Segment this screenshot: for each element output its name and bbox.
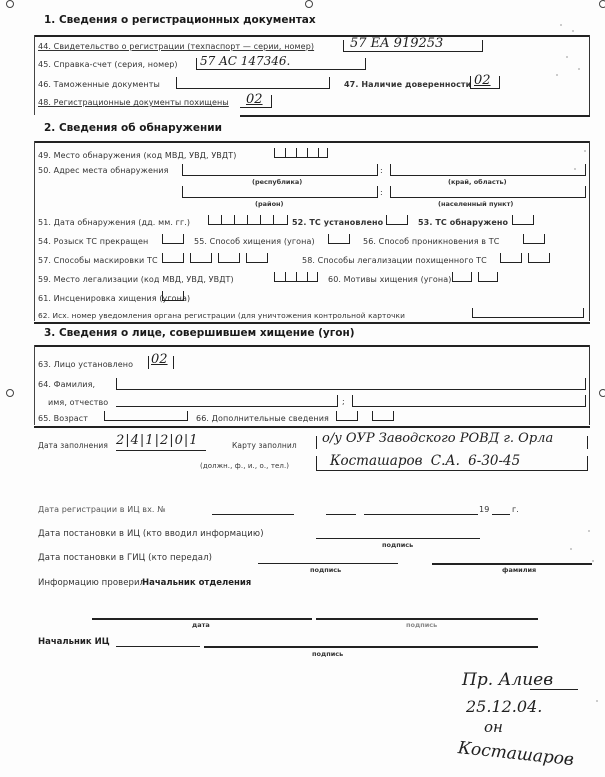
field-56-box[interactable]: [523, 234, 545, 244]
field-61-box[interactable]: [162, 291, 184, 301]
filled-by-box[interactable]: [316, 436, 588, 449]
underline: [116, 450, 206, 451]
field-49-label: 49. Место обнаружения (код МВД, УВД, УВД…: [38, 151, 236, 160]
check-signature-line[interactable]: [316, 618, 538, 620]
reg-day-line[interactable]: [326, 514, 356, 515]
field-44-value: 57 EA 919253: [350, 36, 443, 51]
resize-handle-top-center[interactable]: [305, 0, 313, 8]
field-57-box-3[interactable]: [218, 253, 240, 263]
resize-handle-top-left[interactable]: [6, 0, 14, 8]
field-57-label: 57. Способы маскировки ТС: [38, 256, 158, 265]
ic-caption: подпись: [382, 541, 413, 549]
section-1-title: 1. Сведения о регистрационных документах: [44, 14, 316, 26]
field-59-label: 59. Место легализации (код МВД, УВД, УВД…: [38, 275, 234, 284]
field-66-box-2[interactable]: [372, 411, 394, 421]
ic-signature-line[interactable]: [316, 538, 480, 539]
field-59-cells[interactable]: [274, 272, 318, 282]
annotation-line-3: он: [484, 718, 503, 736]
gic-caption-1: подпись: [310, 566, 341, 574]
reg-number-line[interactable]: [212, 514, 294, 515]
checked-label: Информацию проверил: [38, 578, 145, 588]
check-date-line[interactable]: [92, 618, 312, 620]
field-45-label: 45. Справка-счет (серия, номер): [38, 60, 178, 69]
field-63-value: 02: [151, 352, 168, 367]
field-57-box-1[interactable]: [162, 253, 184, 263]
field-53-box[interactable]: [512, 215, 534, 225]
field-65-box[interactable]: [104, 411, 188, 421]
field-50-republic[interactable]: [182, 164, 378, 176]
scanned-form-page: 1. Сведения о регистрационных документах…: [0, 0, 605, 777]
reg-year-prefix: 19: [479, 505, 489, 514]
field-55-box[interactable]: [328, 234, 350, 244]
annotation-underline: [530, 689, 578, 690]
field-60-label: 60. Мотивы хищения (угона): [328, 275, 451, 284]
filled-by-label: Карту заполнил: [232, 441, 297, 450]
field-50-district[interactable]: [182, 186, 378, 198]
reg-year-line[interactable]: [492, 514, 510, 515]
field-60-box-1[interactable]: [452, 272, 472, 282]
field-62-box[interactable]: [472, 308, 584, 318]
field-65-label: 65. Возраст: [38, 414, 88, 423]
divider: [34, 426, 590, 428]
section-3-title: 3. Сведения о лице, совершившем хищение …: [44, 327, 355, 339]
field-60-box-2[interactable]: [478, 272, 498, 282]
separator: :: [380, 166, 383, 175]
field-66-box-1[interactable]: [336, 411, 358, 421]
section-2-title: 2. Сведения об обнаружении: [44, 122, 222, 134]
field-54-label: 54. Розыск ТС прекращен: [38, 237, 148, 246]
filled-by-sub-label: (должн., ф., и., о., тел.): [200, 462, 289, 470]
divider: [34, 322, 590, 324]
fill-date-label: Дата заполнения: [38, 441, 108, 450]
gic-surname-line[interactable]: [432, 563, 592, 565]
field-54-box[interactable]: [162, 234, 184, 244]
gic-signature-line[interactable]: [258, 563, 398, 564]
sign-caption: подпись: [406, 621, 437, 629]
annotation-line-4: Косташаров: [457, 738, 575, 770]
annotation-line-2: 25.12.04.: [466, 697, 542, 716]
field-52-box[interactable]: [386, 215, 408, 225]
field-58-label: 58. Способы легализации похищенного ТС: [302, 256, 487, 265]
field-56-label: 56. Способ проникновения в ТС: [363, 237, 499, 246]
field-50-region[interactable]: [390, 164, 586, 176]
field-50-locality[interactable]: [390, 186, 586, 198]
ic-label: Дата постановки в ИЦ (кто вводил информа…: [38, 529, 264, 539]
chief-caption: подпись: [312, 650, 343, 658]
fill-date-value: 2|4|1|2|0|1: [116, 433, 199, 448]
reg-year-suffix: г.: [512, 505, 519, 514]
field-64-name[interactable]: [116, 395, 338, 407]
field-51-label: 51. Дата обнаружения (дд. мм. гг.): [38, 218, 190, 227]
field-48-value: 02: [246, 92, 263, 107]
field-45-value: 57 AC 147346.: [200, 54, 290, 68]
field-52-label: 52. ТС установлено: [292, 218, 383, 227]
field-57-box-2[interactable]: [190, 253, 212, 263]
field-64-label: 64. Фамилия,: [38, 380, 95, 389]
field-63-label: 63. Лицо установлено: [38, 360, 133, 369]
field-57-box-4[interactable]: [246, 253, 268, 263]
field-46-box[interactable]: [176, 77, 330, 89]
field-58-box-1[interactable]: [500, 253, 522, 263]
chief-line-1[interactable]: [116, 646, 200, 647]
gic-label: Дата постановки в ГИЦ (кто передал): [38, 553, 212, 563]
field-46-label: 46. Таможенные документы: [38, 80, 160, 89]
gic-caption-2: фамилия: [502, 566, 536, 574]
separator: ;: [342, 397, 345, 406]
field-48-label: 48. Регистрационные документы похищены: [38, 98, 229, 107]
field-51-cells[interactable]: [208, 215, 288, 225]
field-49-cells[interactable]: [274, 148, 328, 158]
resize-handle-middle-left[interactable]: [6, 389, 14, 397]
field-55-label: 55. Способ хищения (угона): [194, 237, 315, 246]
annotation-line-1: Пр. Алиев: [462, 670, 553, 690]
checked-role: Начальник отделения: [142, 578, 251, 588]
date-caption: дата: [192, 621, 210, 629]
field-62-label: 62. Исх. номер уведомления органа регист…: [38, 311, 405, 320]
field-53-label: 53. ТС обнаружено: [418, 218, 508, 227]
caption-locality: (населенный пункт): [438, 200, 513, 208]
field-47-value: 02: [474, 73, 491, 88]
chief-label: Начальник ИЦ: [38, 637, 110, 647]
resize-handle-middle-right[interactable]: [599, 389, 605, 397]
resize-handle-top-right[interactable]: [599, 0, 605, 8]
field-50-label: 50. Адрес места обнаружения: [38, 166, 169, 175]
reg-label: Дата регистрации в ИЦ вх. №: [38, 505, 166, 514]
field-64-surname[interactable]: [116, 378, 586, 390]
caption-region: (край, область): [448, 178, 507, 186]
field-47-label: 47. Наличие доверенности: [344, 80, 471, 89]
field-64-patronymic[interactable]: [352, 395, 586, 407]
caption-district: (район): [255, 200, 284, 208]
chief-signature-line[interactable]: [204, 646, 538, 648]
reg-month-line[interactable]: [364, 514, 478, 515]
field-44-label: 44. Свидетельство о регистрации (техпасп…: [38, 42, 314, 51]
field-64-label-2: имя, отчество: [48, 398, 108, 407]
filled-by-box-2[interactable]: [316, 456, 588, 471]
caption-republic: (республика): [252, 178, 302, 186]
separator: :: [380, 188, 383, 197]
divider: [240, 115, 590, 117]
field-66-label: 66. Дополнительные сведения: [196, 414, 329, 423]
field-58-box-2[interactable]: [528, 253, 550, 263]
